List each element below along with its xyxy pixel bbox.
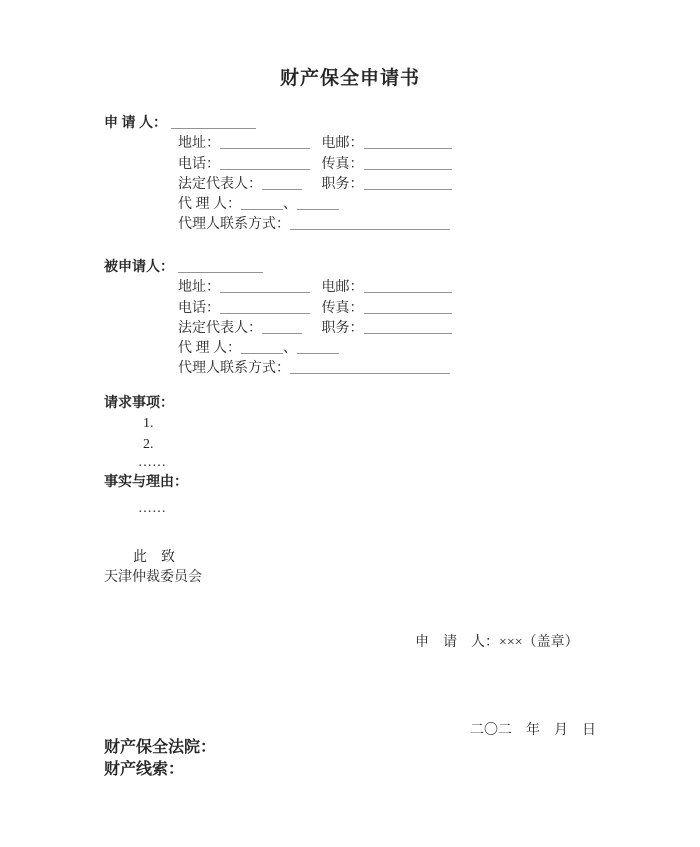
document-page: 财产保全申请书 申 请 人： 地址： 电邮： 电话： 传真： 法定代表人： 职务…	[0, 0, 700, 847]
applicant-agent-contact-row: 代理人联系方式：	[104, 215, 524, 235]
position-blank	[364, 177, 452, 190]
email-label: 电邮：	[322, 136, 364, 151]
request-item-2: 2.	[104, 435, 188, 455]
closing-salutation: 此 致	[104, 548, 202, 568]
email-label: 电邮：	[322, 280, 364, 295]
fax-blank	[364, 301, 452, 314]
phone-label: 电话：	[178, 157, 220, 172]
date-line: 二〇二 年 月 日	[470, 721, 596, 741]
facts-ellipsis: ……	[104, 499, 188, 519]
agent-blank-1	[241, 197, 283, 210]
agent-label: 代 理 人：	[178, 341, 241, 356]
agent-contact-blank	[290, 217, 450, 230]
applicant-legal-rep-row: 法定代表人： 职务：	[104, 175, 524, 195]
footer-section: 财产保全法院： 财产线索：	[104, 737, 216, 780]
signature-value: ×××（盖章）	[499, 635, 579, 650]
request-item-1: 1.	[104, 414, 188, 434]
closing-section: 此 致 天津仲裁委员会	[104, 548, 202, 589]
agent-blank-1	[241, 341, 283, 354]
preservation-court-label: 财产保全法院：	[104, 737, 216, 759]
phone-blank	[220, 301, 310, 314]
legal-rep-label: 法定代表人：	[178, 177, 262, 192]
address-blank	[220, 136, 310, 149]
phone-label: 电话：	[178, 301, 220, 316]
applicant-agent-row: 代 理 人：、	[104, 195, 524, 215]
legal-rep-blank	[262, 177, 302, 190]
respondent-agent-contact-row: 代理人联系方式：	[104, 359, 524, 379]
agent-separator: 、	[283, 341, 297, 356]
signature-label: 申 请 人：	[415, 635, 499, 650]
fax-label: 传真：	[322, 157, 364, 172]
legal-rep-label: 法定代表人：	[178, 321, 262, 336]
fax-label: 传真：	[322, 301, 364, 316]
position-label: 职务：	[322, 177, 364, 192]
request-ellipsis: ……	[104, 453, 188, 473]
phone-blank	[220, 157, 310, 170]
respondent-address-row: 地址： 电邮：	[104, 278, 524, 298]
agent-separator: 、	[283, 197, 297, 212]
request-heading: 请求事项：	[104, 394, 188, 414]
property-clue-label: 财产线索：	[104, 759, 216, 781]
respondent-legal-rep-row: 法定代表人： 职务：	[104, 319, 524, 339]
agent-label: 代 理 人：	[178, 197, 241, 212]
respondent-agent-row: 代 理 人：、	[104, 339, 524, 359]
address-label: 地址：	[178, 280, 220, 295]
agent-contact-label: 代理人联系方式：	[178, 361, 290, 376]
applicant-name-row: 申 请 人：	[104, 114, 524, 134]
applicant-role-label: 申 请 人：	[104, 116, 167, 131]
legal-rep-blank	[262, 321, 302, 334]
closing-recipient: 天津仲裁委员会	[104, 568, 202, 588]
applicant-address-row: 地址： 电邮：	[104, 134, 524, 154]
agent-blank-2	[297, 197, 339, 210]
position-blank	[364, 321, 452, 334]
facts-heading: 事实与理由：	[104, 473, 188, 493]
signature-line: 申 请 人：×××（盖章）	[415, 633, 579, 653]
address-blank	[220, 280, 310, 293]
respondent-name-row: 被申请人：	[104, 258, 524, 278]
respondent-section: 被申请人： 地址： 电邮： 电话： 传真： 法定代表人： 职务： 代 理 人：、	[104, 258, 524, 380]
applicant-name-blank	[171, 116, 256, 129]
agent-blank-2	[297, 341, 339, 354]
position-label: 职务：	[322, 321, 364, 336]
email-blank	[364, 280, 452, 293]
respondent-name-blank	[178, 260, 263, 273]
agent-contact-blank	[290, 361, 450, 374]
agent-contact-label: 代理人联系方式：	[178, 217, 290, 232]
email-blank	[364, 136, 452, 149]
applicant-section: 申 请 人： 地址： 电邮： 电话： 传真： 法定代表人： 职务： 代 理 人：…	[104, 114, 524, 236]
respondent-role-label: 被申请人：	[104, 260, 174, 275]
fax-blank	[364, 157, 452, 170]
applicant-phone-row: 电话： 传真：	[104, 155, 524, 175]
respondent-phone-row: 电话： 传真：	[104, 299, 524, 319]
address-label: 地址：	[178, 136, 220, 151]
request-section: 请求事项： 1. 2. …… 事实与理由： ……	[104, 394, 188, 520]
document-title: 财产保全申请书	[0, 63, 700, 90]
